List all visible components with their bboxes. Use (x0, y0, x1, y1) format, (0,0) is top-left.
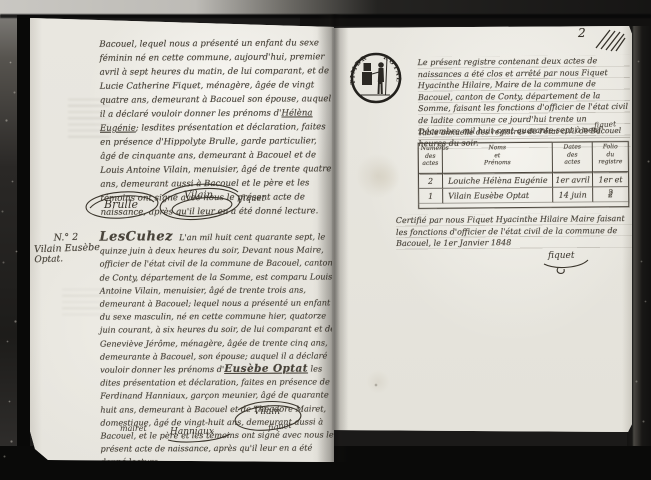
header-folio: Folio du registre (593, 142, 628, 172)
act2-child-name: Eusèbe Optat (224, 363, 308, 375)
dust-speckles (0, 0, 1, 1)
timbre-royal-stamp: TIMBRE ROYAL (348, 48, 404, 108)
signature-flourish-hanniaux: Hanniaux (164, 416, 234, 446)
top-table-edge (0, 0, 651, 15)
margin-note-act2: N.° 2 Vilain Eusèbe Optat. (33, 231, 108, 266)
signature-fiquet-cert: fiquet (547, 251, 575, 261)
svg-text:ROYAL: ROYAL (382, 54, 402, 83)
signature-vilain: Vilain (184, 190, 213, 201)
stamp-allegorical-figure (360, 57, 390, 95)
header-act-numbers: Numéros des actes (419, 144, 443, 174)
signature-flourish-fiquet-cert: fiquet (536, 244, 596, 272)
register-scan: Bacouel, lequel nous a présenté un enfan… (0, 0, 651, 480)
right-page: 2 TIMBRE ROYAL Le présent registre con (332, 26, 632, 432)
pen-hatch-flourish (592, 28, 626, 52)
page-edge-shadow (17, 13, 30, 465)
row2-act-number: 1 (419, 189, 443, 204)
folio-number: 2 (578, 26, 586, 40)
signature-hanniaux: Hanniaux (169, 427, 214, 437)
header-names: Noms et Prénoms (443, 143, 553, 174)
table-header-row: Numéros des actes Noms et Prénoms Dates … (419, 142, 628, 174)
page-stack-edge (633, 20, 642, 450)
row1-date: 1er avril (553, 172, 593, 187)
header-dates: Dates des actes (553, 142, 593, 172)
stamp-word-royal: ROYAL (382, 54, 402, 83)
signature-fiquet-act1: fiquet (240, 194, 265, 204)
act1-body-start: Bacouel, lequel nous a présenté un enfan… (99, 38, 331, 120)
row2-date: 14 juin (553, 187, 593, 202)
table-row: 1 Vilain Eusèbe Optat 14 juin 2 (419, 187, 628, 204)
certification-statement: Certifié par nous Fiquet Hyacinthe Hilai… (396, 213, 632, 250)
signature-flourish-vilain: Vilain (156, 178, 244, 224)
signature-mairet: mairet (120, 424, 147, 433)
top-edge-shadow (0, 14, 651, 18)
row1-folio: 1er et 2 (593, 172, 628, 187)
row1-act-number: 2 (419, 174, 443, 189)
signature-flourish-brulle: Brulle (82, 186, 162, 224)
row1-name: Louiche Hélèna Eugénie (443, 173, 553, 189)
left-page: Bacouel, lequel nous a présenté un enfan… (28, 16, 334, 462)
signature-fiquet-title: fiquet (594, 119, 617, 130)
margin-name-line2: Optat. (34, 253, 108, 266)
row2-folio: 2 (593, 187, 628, 202)
signature-vilain-2: Vilain (254, 407, 280, 417)
row2-name: Vilain Eusèbe Optat (443, 188, 553, 204)
act2-opening-flourish: LesCuhez (99, 229, 179, 244)
signature-brulle: Brulle (103, 198, 138, 211)
act2-body-start: L'an mil huit cent quarante sept, le qui… (99, 232, 335, 375)
annual-index-table: Numéros des actes Noms et Prénoms Dates … (418, 141, 630, 209)
